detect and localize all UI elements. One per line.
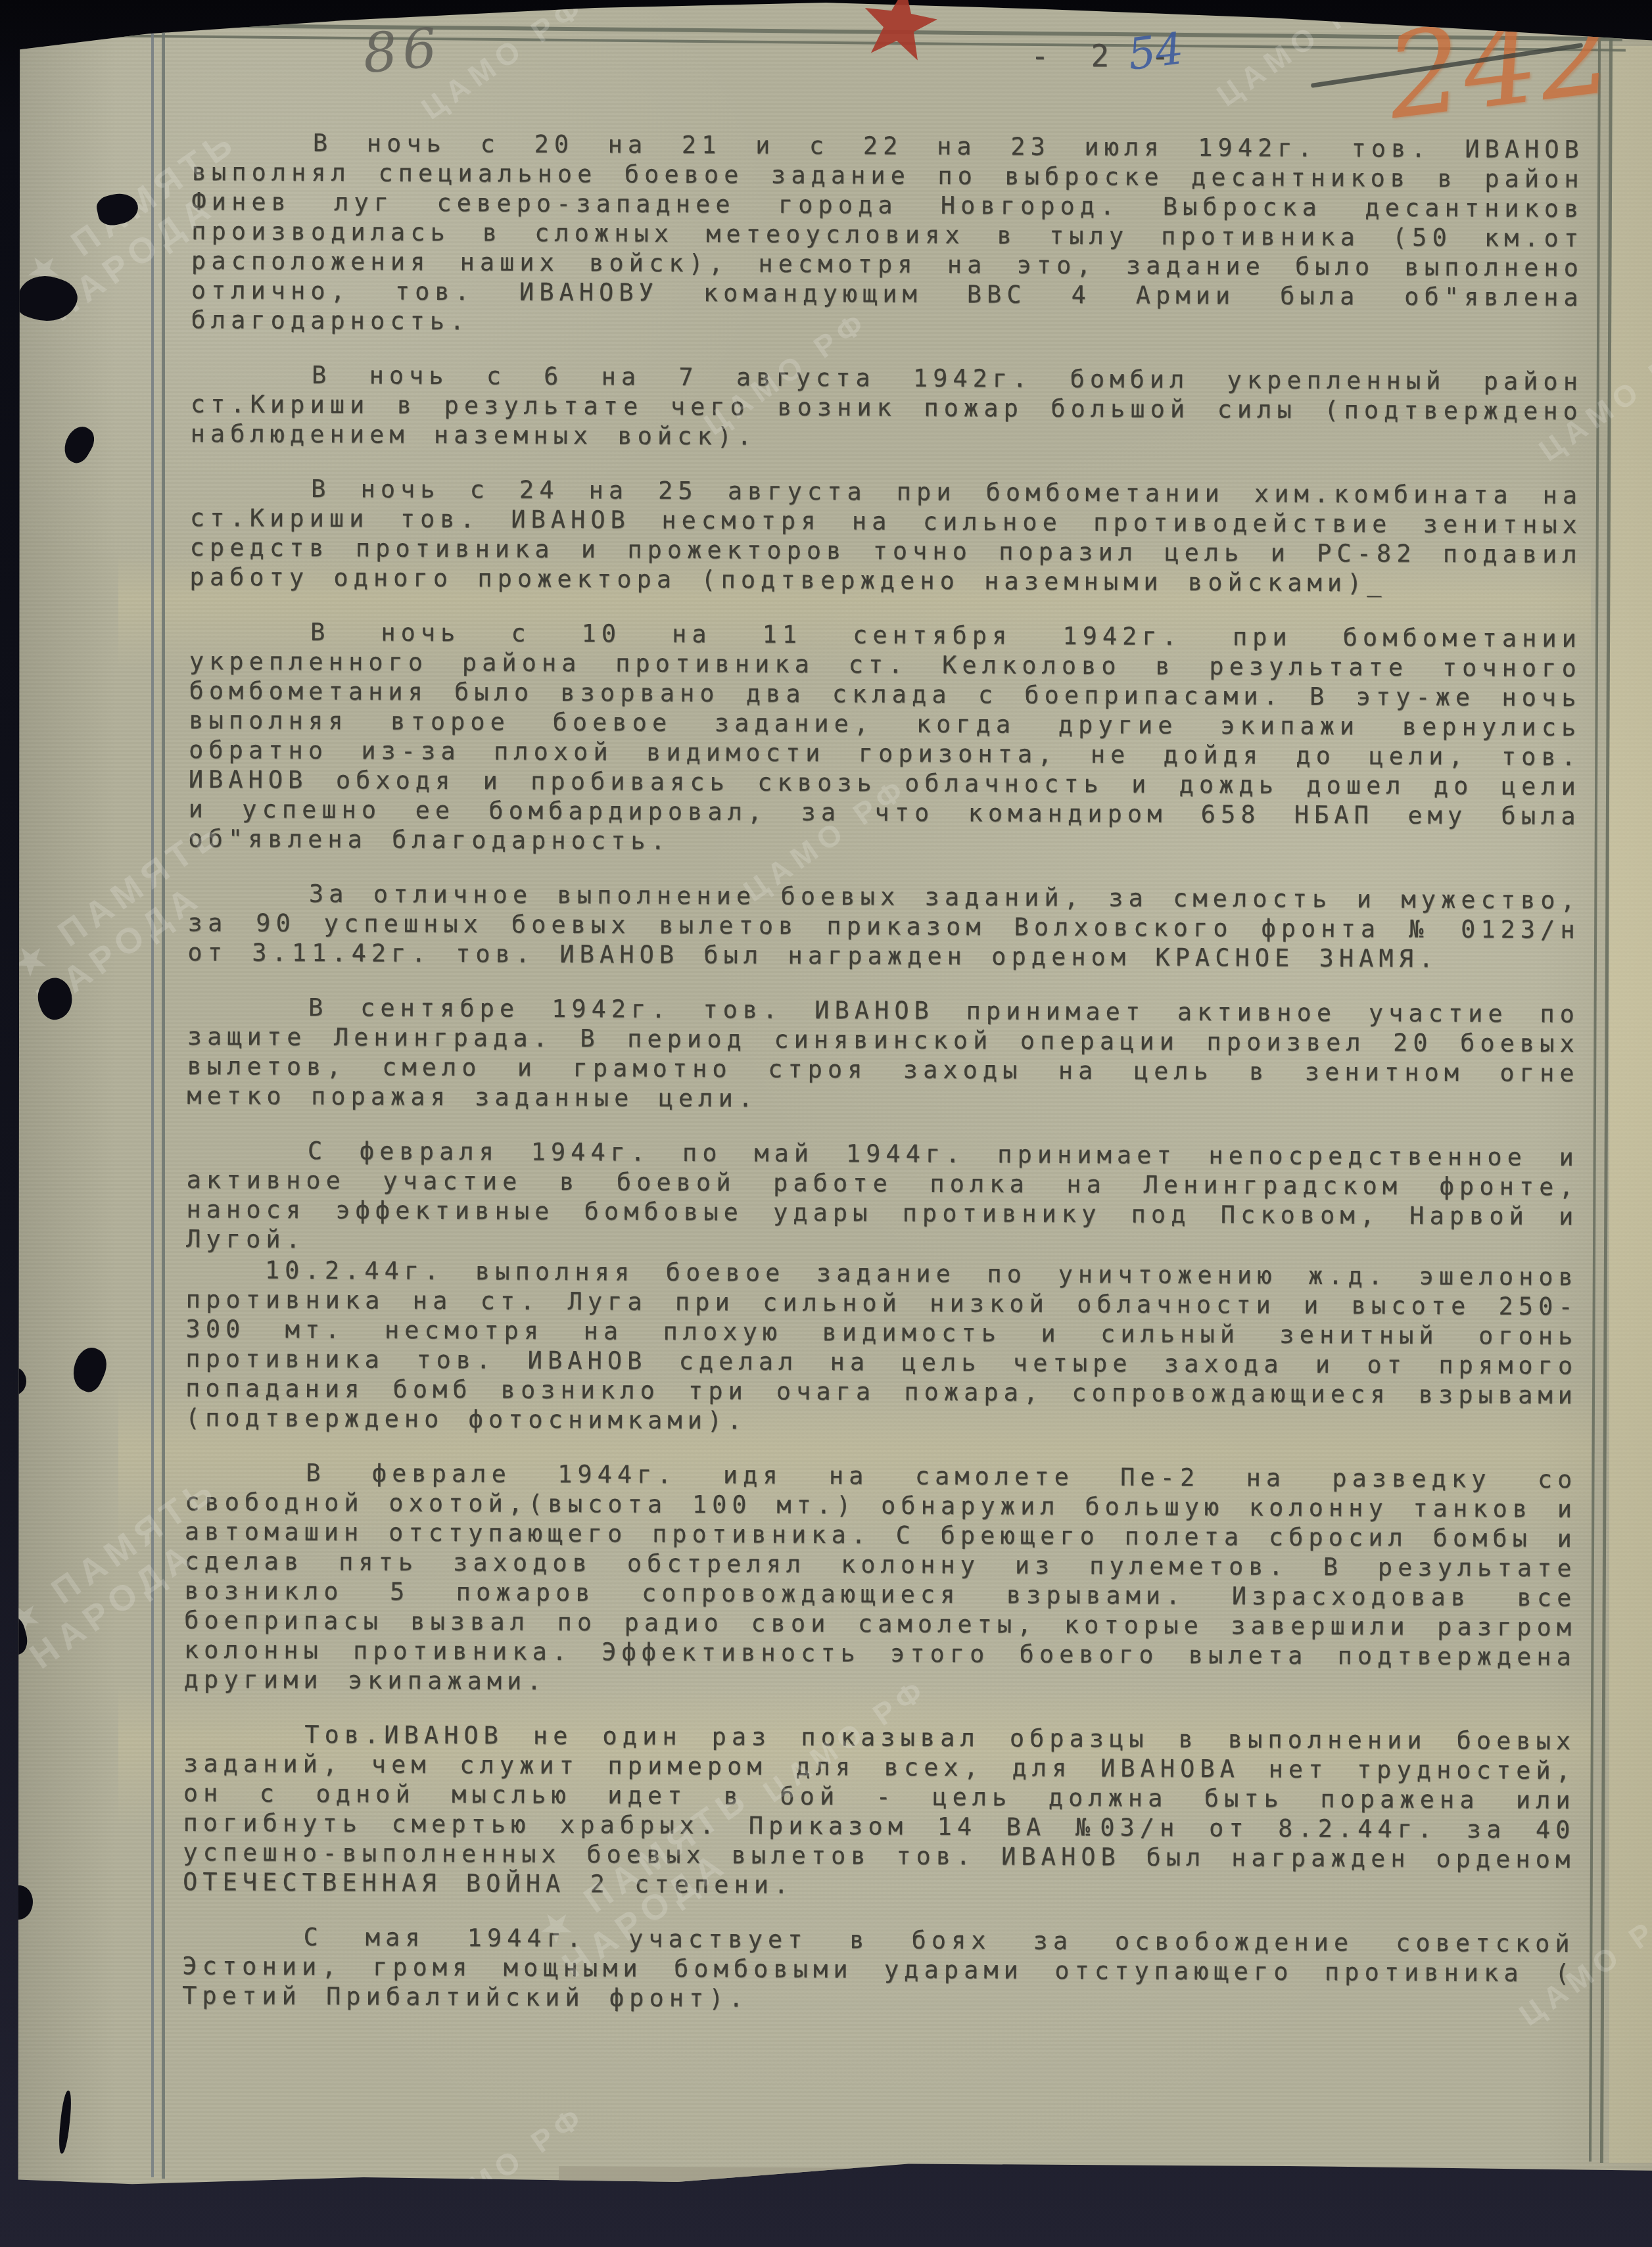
page-border-line (162, 28, 165, 2179)
ink-page-number: 54 (1125, 23, 1187, 80)
document-page: 86 - 2 - 54 242 В ночь с 20 на 21 и с 22… (0, 0, 1652, 2247)
punch-hole (66, 1343, 112, 1396)
page-border-line (1589, 41, 1601, 2162)
paragraph: С февраля 1944г. по май 1944г. принимает… (186, 1135, 1579, 1261)
page-border-line (1600, 39, 1613, 2163)
crossed-out-archive-number: 242 (1380, 0, 1622, 145)
punch-hole (95, 190, 141, 228)
punch-hole (3, 1367, 26, 1395)
paragraph: В феврале 1944г. идя на самолете Пе-2 на… (184, 1457, 1578, 1701)
punch-hole (12, 268, 82, 330)
paper-right-margin-strip (1609, 46, 1652, 2163)
paragraph: В ночь с 24 на 25 августа при бомбометан… (189, 473, 1582, 599)
paragraph: За отличное выполнение боевых заданий, з… (187, 878, 1580, 974)
paragraph: В ночь с 20 на 21 и с 22 на 23 июля 1942… (191, 128, 1584, 342)
paragraph: В ночь с 6 на 7 августа 1942г. бомбил ук… (190, 360, 1583, 456)
punch-hole (57, 2091, 73, 2154)
paragraph: 10.2.44г. выполняя боевое задание по уни… (185, 1255, 1578, 1440)
paragraph: В сентябре 1942г. тов. ИВАНОВ принимает … (187, 992, 1580, 1118)
under-sheet-edge (559, 2166, 1652, 2203)
page-border-line (151, 28, 154, 2177)
pencil-page-number: 86 (360, 16, 444, 85)
typed-body: В ночь с 20 на 21 и с 22 на 23 июля 1942… (182, 128, 1584, 2043)
scanned-document-screenshot: { "document": { "pencil_page_number": "8… (0, 0, 1652, 2247)
punch-hole (0, 1615, 31, 1658)
paragraph: В ночь с 10 на 11 сентября 1942г. при бо… (188, 617, 1582, 861)
paragraph: Тов.ИВАНОВ не один раз показывал образцы… (183, 1719, 1576, 1904)
punch-hole (32, 974, 78, 1024)
punch-hole (59, 422, 100, 467)
punch-hole (3, 1883, 35, 1922)
paragraph: С мая 1944г. участвует в боях за освобож… (182, 1922, 1575, 2018)
archive-watermark: ЦАМО РФ (1210, 0, 1388, 113)
